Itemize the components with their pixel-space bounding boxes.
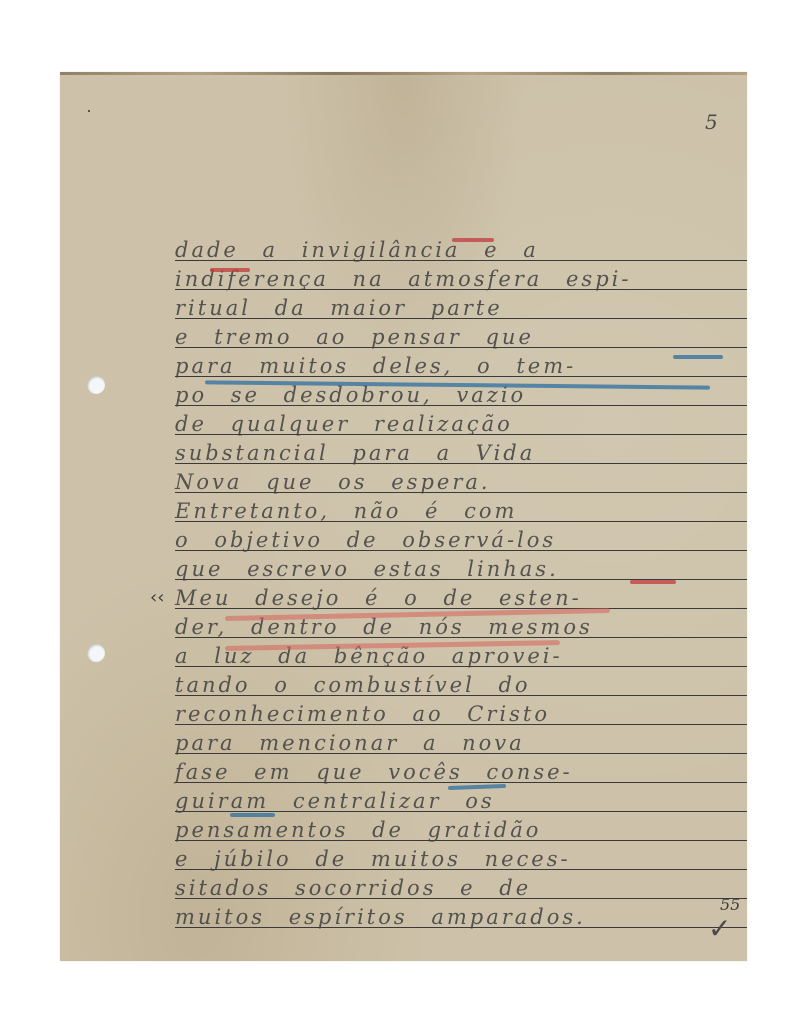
text-line: de qualquer realização bbox=[175, 406, 747, 435]
text-line: para mencionar a nova bbox=[175, 725, 747, 754]
paper-top-edge bbox=[60, 72, 747, 75]
manuscript-page: 5 ‹‹ dade a invigilância e a indiferença… bbox=[60, 72, 747, 961]
text-line: indiferença na atmosfera espi- bbox=[175, 261, 747, 290]
line-text: guiram centralizar os bbox=[175, 789, 737, 813]
paper-speck bbox=[88, 110, 90, 112]
text-line: ritual da maior parte bbox=[175, 290, 747, 319]
text-line: para muitos deles, o tem- bbox=[175, 348, 747, 377]
line-text: o objetivo de observá-los bbox=[175, 528, 737, 552]
blue-underline-tempo bbox=[673, 355, 723, 359]
text-line: tando o combustível do bbox=[175, 667, 747, 696]
text-line: Meu desejo é o de esten- bbox=[175, 580, 747, 609]
text-line: dade a invigilância e a bbox=[175, 232, 747, 261]
margin-mark: ‹‹ bbox=[150, 587, 164, 608]
text-line: muitos espíritos amparados. bbox=[175, 899, 747, 928]
line-text: que escrevo estas linhas. bbox=[175, 557, 737, 581]
line-text: para muitos deles, o tem- bbox=[175, 354, 737, 378]
line-text: substancial para a Vida bbox=[175, 441, 737, 465]
text-line: e júbilo de muitos neces- bbox=[175, 841, 747, 870]
line-text: de qualquer realização bbox=[175, 412, 737, 436]
red-underline-invigilancia bbox=[452, 238, 494, 242]
text-line: fase em que vocês conse- bbox=[175, 754, 747, 783]
line-text: e tremo ao pensar que bbox=[175, 325, 737, 349]
punch-hole-bottom bbox=[87, 644, 105, 662]
text-line: Entretanto, não é com bbox=[175, 493, 747, 522]
punch-hole-top bbox=[87, 376, 105, 394]
text-line: reconhecimento ao Cristo bbox=[175, 696, 747, 725]
line-text: indiferença na atmosfera espi- bbox=[175, 267, 737, 291]
line-text: Meu desejo é o de esten- bbox=[175, 586, 737, 610]
line-text: Nova que os espera. bbox=[175, 470, 737, 494]
text-line: que escrevo estas linhas. bbox=[175, 551, 747, 580]
line-text: tando o combustível do bbox=[175, 673, 737, 697]
red-underline-estender bbox=[630, 580, 676, 584]
red-underline-indiferenca bbox=[210, 268, 250, 272]
check-mark-icon: ✓ bbox=[708, 912, 731, 945]
line-text: pensamentos de gratidão bbox=[175, 818, 737, 842]
line-text: e júbilo de muitos neces- bbox=[175, 847, 737, 871]
text-line: sitados socorridos e de bbox=[175, 870, 747, 899]
text-line: o objetivo de observá-los bbox=[175, 522, 747, 551]
line-text: ritual da maior parte bbox=[175, 296, 737, 320]
blue-mark-jubilo bbox=[230, 813, 275, 817]
line-text: fase em que vocês conse- bbox=[175, 760, 737, 784]
text-line: substancial para a Vida bbox=[175, 435, 747, 464]
page-number: 5 bbox=[705, 110, 718, 134]
line-text: muitos espíritos amparados. bbox=[175, 905, 737, 929]
line-text: para mencionar a nova bbox=[175, 731, 737, 755]
line-text: Entretanto, não é com bbox=[175, 499, 737, 523]
line-text: sitados socorridos e de bbox=[175, 876, 737, 900]
text-line: Nova que os espera. bbox=[175, 464, 747, 493]
text-line: e tremo ao pensar que bbox=[175, 319, 747, 348]
line-text: reconhecimento ao Cristo bbox=[175, 702, 737, 726]
